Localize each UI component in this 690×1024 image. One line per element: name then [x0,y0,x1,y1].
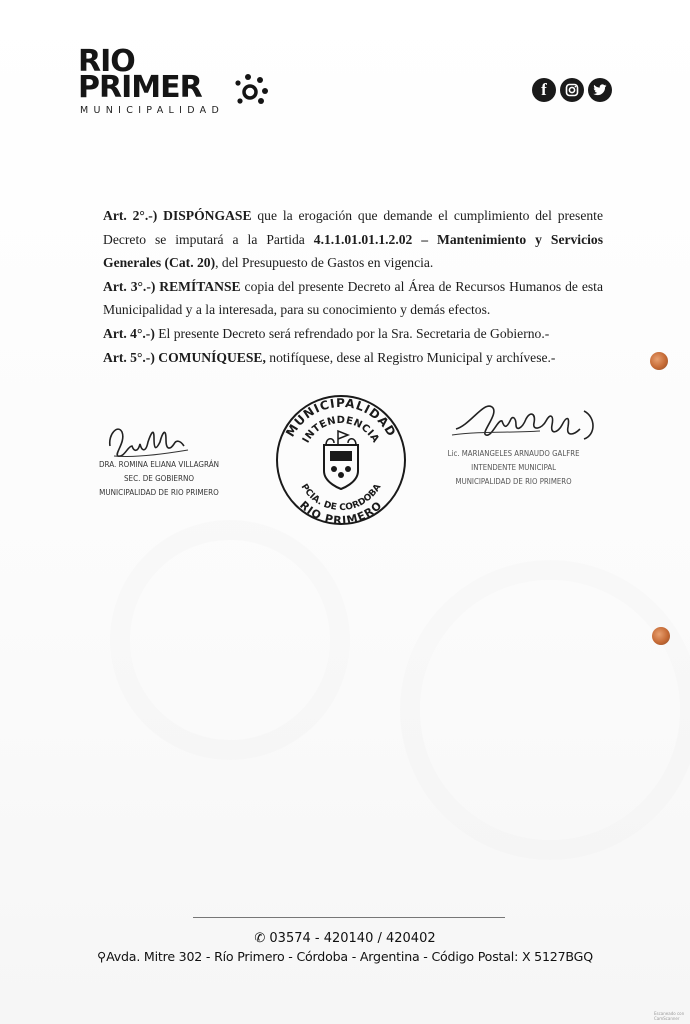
svg-text:INTENDENCIA: INTENDENCIA [301,415,381,445]
punch-hole [650,352,668,370]
document-page: RIO PRIMER MUNICIPALIDAD f Art. 2°.-) DI… [0,0,690,1024]
background-watermark [400,560,690,860]
scanner-watermark: Escaneado con CamScanner [654,1011,684,1021]
phone-icon: ✆ [254,931,269,946]
instagram-icon[interactable] [560,78,584,102]
article-label: Art. 3°.-) [103,279,155,294]
signatory-title: SEC. DE GOBIERNO [96,472,222,486]
article-text: , del Presupuesto de Gastos en vigencia. [215,255,433,270]
social-icons: f [532,78,612,102]
article-text: notifíquese, dese al Registro Municipal … [266,350,556,365]
signatory-name: Lic. MARIANGELES ARNAUDO GALFRE [440,447,587,461]
seal-inner-text: INTENDENCIA [301,415,381,445]
signature-block-secretary: DRA. ROMINA ELIANA VILLAGRÁN SEC. DE GOB… [96,410,246,510]
footer-divider [193,917,505,918]
article-4: Art. 4°.-) El presente Decreto será refr… [103,322,603,346]
twitter-icon[interactable] [588,78,612,102]
sun-icon [232,68,272,108]
logo-subtitle: MUNICIPALIDAD [80,105,224,116]
signatory-caption: DRA. ROMINA ELIANA VILLAGRÁN SEC. DE GOB… [96,458,222,500]
signatory-name: DRA. ROMINA ELIANA VILLAGRÁN [96,458,222,472]
logo-line2: PRIMER [78,74,202,102]
phone-numbers: 03574 - 420140 / 420402 [269,931,435,946]
decree-articles: Art. 2°.-) DISPÓNGASE que la erogación q… [103,204,603,369]
scanner-badge-line2: CamScanner [654,1016,684,1021]
coat-of-arms-icon [324,431,358,489]
signatory-title: INTENDENTE MUNICIPAL [440,461,587,475]
footer-phone: ✆ 03574 - 420140 / 420402 [0,931,690,946]
article-2: Art. 2°.-) DISPÓNGASE que la erogación q… [103,204,603,275]
location-pin-icon: ⚲ [97,949,106,964]
article-label: Art. 5°.-) [103,350,155,365]
municipal-seal: MUNICIPALIDAD INTENDENCIA PCIA. DE CORDO… [274,393,408,527]
article-keyword: REMÍTANSE [159,279,240,294]
footer-address: ⚲Avda. Mitre 302 - Río Primero - Córdoba… [0,949,690,964]
address-text: Avda. Mitre 302 - Río Primero - Córdoba … [106,949,593,964]
article-label: Art. 2°.-) [103,208,157,223]
signatory-org: MUNICIPALIDAD DE RIO PRIMERO [96,486,222,500]
facebook-icon[interactable]: f [532,78,556,102]
rio-primero-logo: RIO PRIMER MUNICIPALIDAD [78,48,278,128]
article-5: Art. 5°.-) COMUNÍQUESE, notifíquese, des… [103,346,603,370]
article-3: Art. 3°.-) REMÍTANSE copia del presente … [103,275,603,322]
punch-hole [652,627,670,645]
handwritten-signature [450,395,610,445]
article-keyword: DISPÓNGASE [163,208,251,223]
background-watermark [110,520,350,760]
signatory-org: MUNICIPALIDAD DE RIO PRIMERO [440,475,587,489]
article-text: El presente Decreto será refrendado por … [155,326,549,341]
article-label: Art. 4°.-) [103,326,155,341]
signatory-caption: Lic. MARIANGELES ARNAUDO GALFRE INTENDEN… [440,447,587,489]
article-keyword: COMUNÍQUESE, [158,350,266,365]
signature-block-mayor: Lic. MARIANGELES ARNAUDO GALFRE INTENDEN… [440,395,620,495]
